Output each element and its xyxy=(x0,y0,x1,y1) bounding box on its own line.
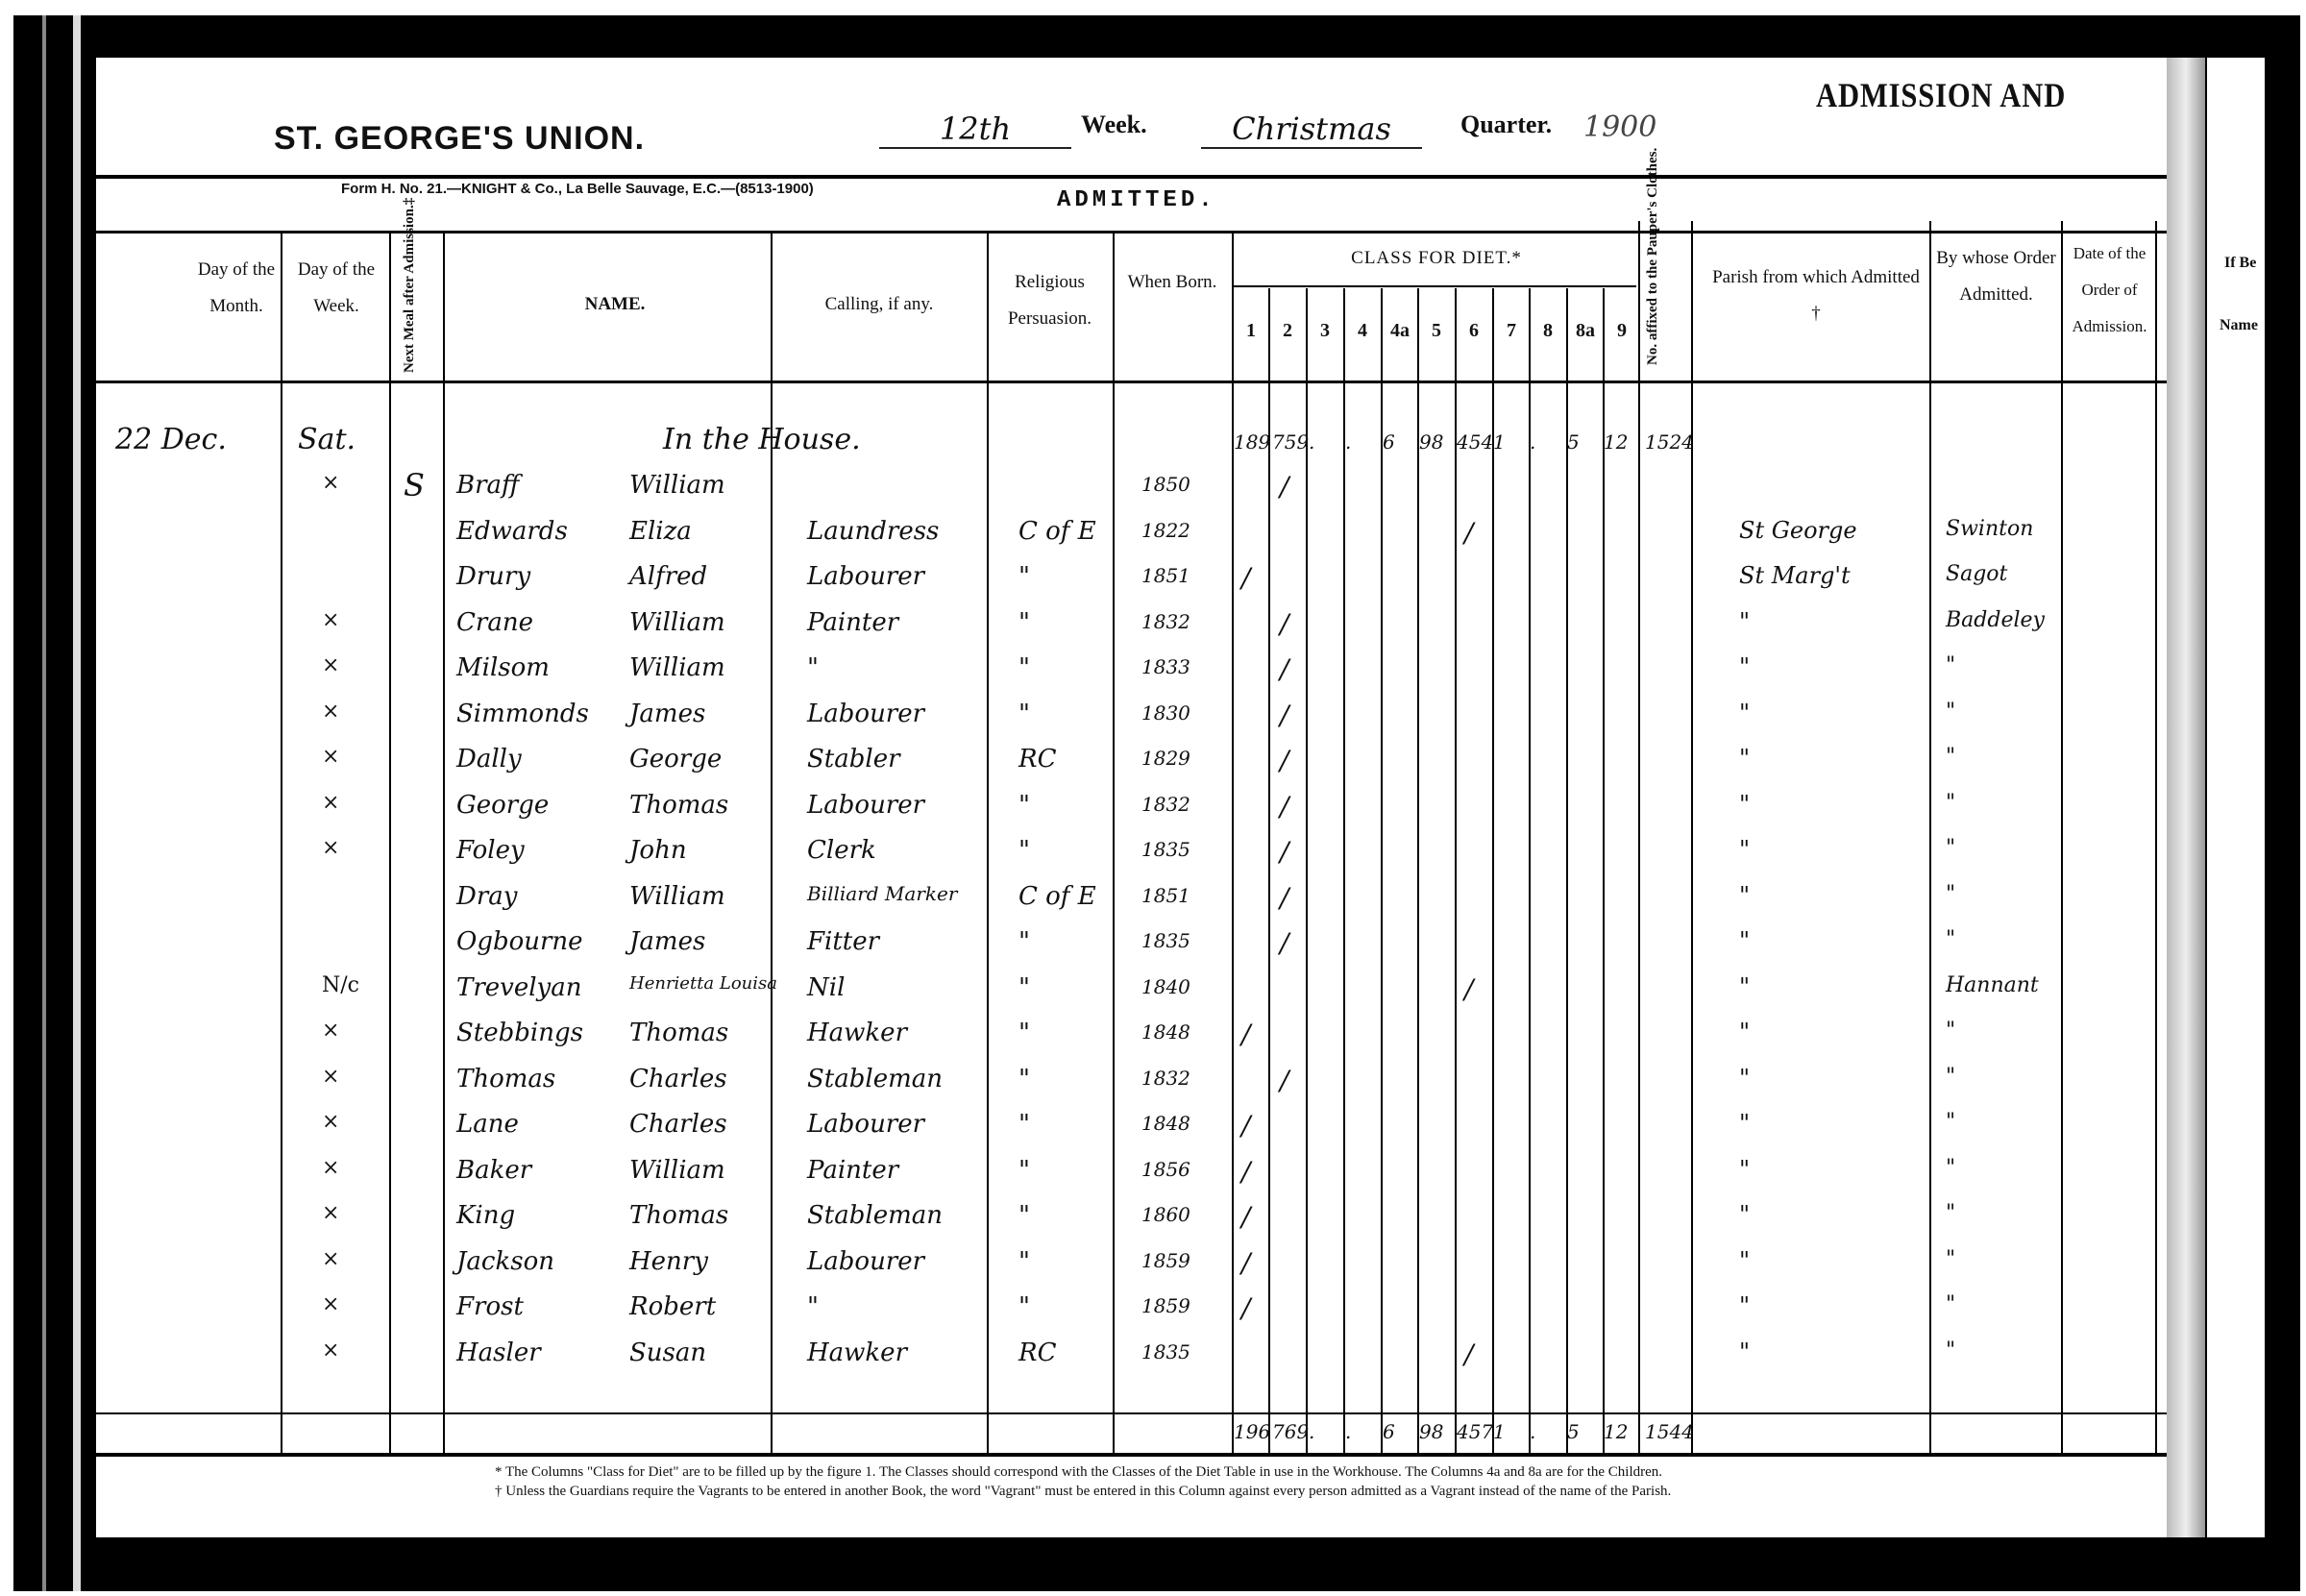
surname: Braff xyxy=(456,471,519,500)
day-of-week-mark: × xyxy=(322,1292,339,1316)
quarter-name: Christmas xyxy=(1201,110,1422,149)
day-of-week-mark: × xyxy=(322,1156,339,1180)
total-clothes-no: 1544 xyxy=(1645,1420,1694,1443)
year-born: 1851 xyxy=(1141,564,1190,587)
forename: Thomas xyxy=(629,791,728,820)
diet-mark: / xyxy=(1241,1201,1250,1233)
total-count-9: 12 xyxy=(1604,1420,1628,1443)
order-by: " xyxy=(1946,1292,1955,1316)
parish: St Marg't xyxy=(1739,562,1851,589)
diet-class-5: 5 xyxy=(1418,320,1455,342)
forename: Alfred xyxy=(629,562,707,591)
parish: " xyxy=(1739,1338,1750,1365)
year-born: 1832 xyxy=(1141,610,1190,633)
diet-class-4a: 4a xyxy=(1382,320,1418,342)
day-of-week-mark: × xyxy=(322,836,339,860)
week-number: 12th xyxy=(879,110,1071,149)
parish: St George xyxy=(1739,517,1857,544)
facing-page-header-1: If Be xyxy=(2224,255,2256,272)
in-house-count-1: 189 xyxy=(1234,430,1270,454)
header-bottom-rule xyxy=(96,381,2167,383)
totals-top-rule xyxy=(96,1412,2167,1414)
calling: Painter xyxy=(807,608,898,637)
in-house-count-4: . xyxy=(1345,430,1351,454)
religion: RC xyxy=(1018,745,1056,773)
day-of-week-mark: × xyxy=(322,1201,339,1225)
surname: Simmonds xyxy=(456,700,589,728)
parish: " xyxy=(1739,745,1750,772)
day-of-week-mark: × xyxy=(322,700,339,724)
forename: Eliza xyxy=(629,517,692,546)
surname: Frost xyxy=(456,1292,524,1321)
in-house-count-3: . xyxy=(1309,430,1314,454)
calling: " xyxy=(807,653,819,682)
surname: Dally xyxy=(456,745,522,773)
religion: RC xyxy=(1018,1338,1056,1367)
forename: James xyxy=(629,700,705,728)
surname: Dray xyxy=(456,882,517,911)
diet-mark: / xyxy=(1280,882,1288,914)
in-house-count-9: 12 xyxy=(1604,430,1628,454)
religion: " xyxy=(1018,1019,1030,1047)
religion: " xyxy=(1018,973,1030,1002)
diet-mark: / xyxy=(1241,1292,1250,1324)
parish: " xyxy=(1739,1110,1750,1137)
diet-class-9: 9 xyxy=(1604,320,1640,342)
religion: " xyxy=(1018,927,1030,956)
order-by: " xyxy=(1946,1338,1955,1363)
diet-mark: / xyxy=(1280,608,1288,640)
day-of-week-mark: × xyxy=(322,1338,339,1363)
header-born: When Born. xyxy=(1119,264,1225,301)
calling: Labourer xyxy=(807,1247,924,1276)
religion: C of E xyxy=(1018,882,1096,911)
in-house-count-7: 1 xyxy=(1493,430,1506,454)
in-house-count-8a: 5 xyxy=(1567,430,1580,454)
surname: Lane xyxy=(456,1110,519,1139)
religion: " xyxy=(1018,1247,1030,1276)
header-class-for-diet: CLASS FOR DIET.* xyxy=(1239,240,1633,277)
surname: Stebbings xyxy=(456,1019,583,1047)
order-by: Sagot xyxy=(1946,562,2007,586)
year-born: 1848 xyxy=(1141,1112,1190,1135)
parish: " xyxy=(1739,882,1750,909)
surname: Jackson xyxy=(456,1247,554,1276)
calling: Hawker xyxy=(807,1019,907,1047)
year-born: 1848 xyxy=(1141,1020,1190,1044)
year-born: 1856 xyxy=(1141,1158,1190,1181)
year-born: 1835 xyxy=(1141,838,1190,861)
order-by: " xyxy=(1946,1156,1955,1180)
header-religion: Religious Persuasion. xyxy=(994,264,1105,337)
day-of-week-mark: × xyxy=(322,608,339,632)
in-house-count-2: 759 xyxy=(1272,430,1309,454)
next-meal-mark: S xyxy=(404,467,425,503)
total-count-1: 196 xyxy=(1234,1420,1270,1443)
facing-page-header-2: Name xyxy=(2220,317,2258,334)
order-by: " xyxy=(1946,700,1955,724)
diet-mark: / xyxy=(1241,1156,1250,1188)
parish: " xyxy=(1739,1247,1750,1274)
header-order-by: By whose Order Admitted. xyxy=(1936,240,2056,313)
diet-class-7: 7 xyxy=(1493,320,1530,342)
form-number: Form H. No. 21.—KNIGHT & Co., La Belle S… xyxy=(341,181,814,197)
forename: William xyxy=(629,653,725,682)
forename: William xyxy=(629,1156,725,1185)
row-day-of-week: Sat. xyxy=(298,423,356,456)
surname: Milsom xyxy=(456,653,550,682)
union-title: ST. GEORGE'S UNION. xyxy=(274,120,645,158)
facing-page xyxy=(2205,58,2265,1537)
day-of-week-mark: × xyxy=(322,1110,339,1134)
surname: Baker xyxy=(456,1156,531,1185)
year-born: 1833 xyxy=(1141,655,1190,678)
forename: William xyxy=(629,471,725,500)
order-by: " xyxy=(1946,836,1955,860)
total-count-5: 98 xyxy=(1419,1420,1443,1443)
calling: Nil xyxy=(807,973,845,1002)
year-born: 1832 xyxy=(1141,793,1190,816)
parish: " xyxy=(1739,836,1750,863)
forename: James xyxy=(629,927,705,956)
section-title: ADMITTED. xyxy=(1057,187,1216,213)
order-by: " xyxy=(1946,1201,1955,1225)
diet-class-1: 1 xyxy=(1233,320,1269,342)
day-of-week-mark: × xyxy=(322,1247,339,1271)
diet-mark: / xyxy=(1280,1065,1288,1096)
religion: " xyxy=(1018,562,1030,591)
forename: Henry xyxy=(629,1247,708,1276)
diet-mark: / xyxy=(1280,745,1288,776)
in-house-count-4a: 6 xyxy=(1383,430,1395,454)
order-by: Baddeley xyxy=(1946,608,2045,632)
forename: George xyxy=(629,745,722,773)
surname: Hasler xyxy=(456,1338,541,1367)
diet-mark: / xyxy=(1241,1019,1250,1050)
forename: Susan xyxy=(629,1338,706,1367)
forename: Charles xyxy=(629,1065,727,1093)
forename: Thomas xyxy=(629,1019,728,1047)
parish: " xyxy=(1739,1292,1750,1319)
total-count-2: 769 xyxy=(1272,1420,1309,1443)
diet-mark: / xyxy=(1241,1110,1250,1142)
religion: " xyxy=(1018,700,1030,728)
week-label: Week. xyxy=(1081,110,1147,139)
footnote-diet: * The Columns "Class for Diet" are to be… xyxy=(495,1464,1662,1481)
diet-class-4: 4 xyxy=(1344,320,1381,342)
year-born: 1840 xyxy=(1141,975,1190,998)
order-by: " xyxy=(1946,1110,1955,1134)
row-day-of-month: 22 Dec. xyxy=(115,423,227,456)
quarter-field: Christmas xyxy=(1201,110,1422,149)
parish: " xyxy=(1739,608,1750,635)
calling: Painter xyxy=(807,1156,898,1185)
parish: " xyxy=(1739,1201,1750,1228)
parish: " xyxy=(1739,1019,1750,1045)
header-parish: Parish from which Admitted † xyxy=(1710,259,1922,332)
header-order-date: Date of the Order of Admission. xyxy=(2064,235,2155,345)
footnote-vagrant: † Unless the Guardians require the Vagra… xyxy=(495,1484,1671,1500)
diet-class-8a: 8a xyxy=(1567,320,1604,342)
parish: " xyxy=(1739,927,1750,954)
surname: George xyxy=(456,791,549,820)
year-born: 1830 xyxy=(1141,701,1190,724)
diet-mark: / xyxy=(1280,700,1288,731)
calling: Labourer xyxy=(807,700,924,728)
calling: Laundress xyxy=(807,517,939,546)
register-title: ADMISSION AND xyxy=(1816,75,2066,115)
in-house-count-5: 98 xyxy=(1419,430,1443,454)
surname: Foley xyxy=(456,836,525,865)
parish: " xyxy=(1739,1065,1750,1092)
order-by: " xyxy=(1946,791,1955,815)
year-born: 1835 xyxy=(1141,929,1190,952)
total-count-8: . xyxy=(1530,1420,1535,1443)
total-count-6: 457 xyxy=(1457,1420,1493,1443)
diet-class-3: 3 xyxy=(1307,320,1343,342)
title-rule xyxy=(96,175,2167,179)
in-house-count-6: 454 xyxy=(1457,430,1493,454)
parish: " xyxy=(1739,700,1750,726)
year-born: 1860 xyxy=(1141,1203,1190,1226)
diet-mark: / xyxy=(1241,1247,1250,1279)
diet-mark: / xyxy=(1280,791,1288,823)
year-born: 1835 xyxy=(1141,1340,1190,1363)
day-of-week-mark: × xyxy=(322,1019,339,1043)
day-of-week-mark: × xyxy=(322,745,339,769)
diet-group-rule xyxy=(1233,285,1636,287)
diet-class-6: 6 xyxy=(1456,320,1492,342)
calling: Stableman xyxy=(807,1201,943,1230)
forename: William xyxy=(629,608,725,637)
religion: " xyxy=(1018,653,1030,682)
year: 1900 xyxy=(1583,110,1656,144)
calling: Stableman xyxy=(807,1065,943,1093)
diet-mark: / xyxy=(1280,471,1288,503)
year-born: 1850 xyxy=(1141,473,1190,496)
day-of-week-mark: N/c xyxy=(322,973,359,997)
order-by: " xyxy=(1946,745,1955,769)
diet-mark: / xyxy=(1280,836,1288,868)
surname: Ogbourne xyxy=(456,927,583,956)
header-day-of-week: Day of the Week. xyxy=(288,252,384,325)
book-spine xyxy=(13,15,96,1591)
parish: " xyxy=(1739,973,1750,1000)
parish: " xyxy=(1739,791,1750,818)
parish: " xyxy=(1739,1156,1750,1183)
order-by: " xyxy=(1946,927,1955,951)
year-born: 1859 xyxy=(1141,1294,1190,1317)
forename: William xyxy=(629,882,725,911)
total-count-7: 1 xyxy=(1493,1420,1506,1443)
calling: Labourer xyxy=(807,791,924,820)
religion: " xyxy=(1018,1156,1030,1185)
header-clothes-number: No. affixed to the Pauper's Clothes. xyxy=(1645,221,1660,365)
in-house-label: In the House. xyxy=(663,423,861,456)
religion: " xyxy=(1018,1110,1030,1139)
total-count-4a: 6 xyxy=(1383,1420,1395,1443)
order-by: Swinton xyxy=(1946,517,2033,541)
total-count-3: . xyxy=(1309,1420,1314,1443)
surname: Edwards xyxy=(456,517,568,546)
year-born: 1851 xyxy=(1141,884,1190,907)
calling: Fitter xyxy=(807,927,879,956)
header-day-of-month: Day of the Month. xyxy=(192,252,281,325)
calling: Stabler xyxy=(807,745,900,773)
total-count-8a: 5 xyxy=(1567,1420,1580,1443)
order-by: " xyxy=(1946,1019,1955,1043)
total-count-4: . xyxy=(1345,1420,1351,1443)
day-of-week-mark: × xyxy=(322,653,339,677)
header-calling: Calling, if any. xyxy=(797,286,961,323)
surname: Crane xyxy=(456,608,533,637)
religion: " xyxy=(1018,1065,1030,1093)
calling: Billiard Marker xyxy=(807,882,957,905)
in-house-clothes-no: 1524 xyxy=(1645,430,1694,454)
week-number-field: 12th xyxy=(879,110,1071,149)
diet-class-8: 8 xyxy=(1530,320,1566,342)
surname: Drury xyxy=(456,562,530,591)
diet-mark: / xyxy=(1280,927,1288,959)
diet-mark: / xyxy=(1241,562,1250,594)
diet-mark: / xyxy=(1464,517,1473,549)
calling: " xyxy=(807,1292,819,1321)
religion: " xyxy=(1018,836,1030,865)
order-by: Hannant xyxy=(1946,973,2039,997)
surname: Thomas xyxy=(456,1065,555,1093)
religion: " xyxy=(1018,791,1030,820)
diet-mark: / xyxy=(1464,1338,1473,1370)
year-born: 1829 xyxy=(1141,747,1190,770)
surname: King xyxy=(456,1201,515,1230)
diet-mark: / xyxy=(1464,973,1473,1005)
forename: Thomas xyxy=(629,1201,728,1230)
calling: Labourer xyxy=(807,562,924,591)
forename: Charles xyxy=(629,1110,727,1139)
religion: " xyxy=(1018,1292,1030,1321)
religion: " xyxy=(1018,1201,1030,1230)
year-born: 1859 xyxy=(1141,1249,1190,1272)
diet-class-2: 2 xyxy=(1269,320,1306,342)
calling: Labourer xyxy=(807,1110,924,1139)
order-by: " xyxy=(1946,882,1955,906)
diet-mark: / xyxy=(1280,653,1288,685)
totals-bottom-rule xyxy=(96,1453,2167,1457)
order-by: " xyxy=(1946,1065,1955,1089)
forename: Robert xyxy=(629,1292,716,1321)
quarter-label: Quarter. xyxy=(1460,110,1552,139)
order-by: " xyxy=(1946,653,1955,677)
in-house-count-8: . xyxy=(1530,430,1535,454)
page-edge-shadow xyxy=(2167,58,2205,1537)
day-of-week-mark: × xyxy=(322,791,339,815)
religion: " xyxy=(1018,608,1030,637)
calling: Hawker xyxy=(807,1338,907,1367)
religion: C of E xyxy=(1018,517,1096,546)
year-born: 1832 xyxy=(1141,1067,1190,1090)
order-by: " xyxy=(1946,1247,1955,1271)
surname: Trevelyan xyxy=(456,973,581,1002)
year-born: 1822 xyxy=(1141,519,1190,542)
parish: " xyxy=(1739,653,1750,680)
calling: Clerk xyxy=(807,836,876,865)
header-name: NAME. xyxy=(538,286,692,323)
day-of-week-mark: × xyxy=(322,471,339,495)
header-next-meal: Next Meal after Admission.‡ xyxy=(402,238,417,373)
forename: Henrietta Louisa xyxy=(629,973,777,994)
forename: John xyxy=(629,836,687,865)
day-of-week-mark: × xyxy=(322,1065,339,1089)
